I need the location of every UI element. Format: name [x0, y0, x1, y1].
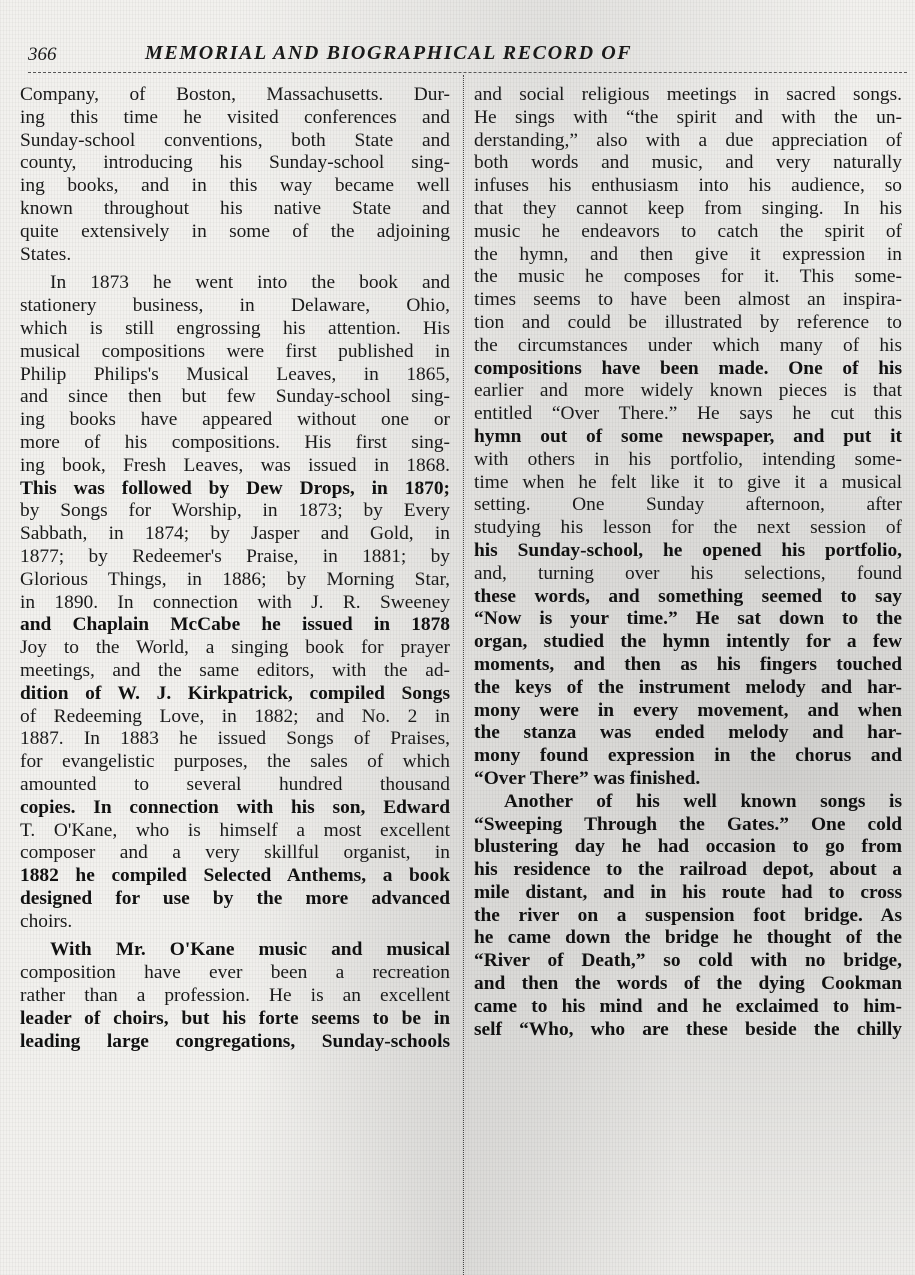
text-line: This was followed by Dew Drops, in 1870;	[20, 478, 450, 501]
text-line: ing books, and in this way became well	[20, 175, 450, 198]
page-number: 366	[28, 44, 57, 66]
text-line: the hymn, and then give it expression in	[474, 244, 902, 267]
text-line: With Mr. O'Kane music and musical	[20, 939, 450, 962]
text-line: blustering day he had occasion to go fro…	[474, 836, 902, 859]
text-line: the music he composes for it. This some-	[474, 266, 902, 289]
text-line: the keys of the instrument melody and ha…	[474, 677, 902, 700]
text-line: that they cannot keep from singing. In h…	[474, 198, 902, 221]
text-line: and since then but few Sunday-school sin…	[20, 386, 450, 409]
text-line: mony found expression in the chorus and	[474, 745, 902, 768]
text-line: time when he felt like it to give it a m…	[474, 472, 902, 495]
text-line: county, introducing his Sunday-school si…	[20, 152, 450, 175]
text-line: 1882 he compiled Selected Anthems, a boo…	[20, 865, 450, 888]
book-page: 366 MEMORIAL AND BIOGRAPHICAL RECORD OF …	[0, 0, 915, 1275]
text-line: entitled “Over There.” He says he cut th…	[474, 403, 902, 426]
text-line: for evangelistic purposes, the sales of …	[20, 751, 450, 774]
text-line: rather than a profession. He is an excel…	[20, 985, 450, 1008]
text-line: Company, of Boston, Massachusetts. Dur-	[20, 84, 450, 107]
text-line: his residence to the railroad depot, abo…	[474, 859, 902, 882]
text-line: his Sunday-school, he opened his portfol…	[474, 540, 902, 563]
text-line: ing this time he visited conferences and	[20, 107, 450, 130]
paragraph: and social religious meetings in sacred …	[474, 84, 902, 791]
text-line: Philip Philips's Musical Leaves, in 1865…	[20, 364, 450, 387]
text-line: Sabbath, in 1874; by Jasper and Gold, in	[20, 523, 450, 546]
left-column: Company, of Boston, Massachusetts. Dur- …	[20, 84, 450, 1053]
text-line: copies. In connection with his son, Edwa…	[20, 797, 450, 820]
text-line: the river on a suspension foot bridge. A…	[474, 905, 902, 928]
text-line: “Now is your time.” He sat down to the	[474, 608, 902, 631]
text-line: ing book, Fresh Leaves, was issued in 18…	[20, 455, 450, 478]
text-line: in 1890. In connection with J. R. Sweene…	[20, 592, 450, 615]
text-line: tion and could be illustrated by referen…	[474, 312, 902, 335]
text-line: stationery business, in Delaware, Ohio,	[20, 295, 450, 318]
text-line: setting. One Sunday afternoon, after	[474, 494, 902, 517]
text-line: meetings, and the same editors, with the…	[20, 660, 450, 683]
text-line: In 1873 he went into the book and	[20, 272, 450, 295]
text-line: Glorious Things, in 1886; by Morning Sta…	[20, 569, 450, 592]
text-line: choirs.	[20, 911, 450, 934]
text-line: music he endeavors to catch the spirit o…	[474, 221, 902, 244]
text-line: dition of W. J. Kirkpatrick, compiled So…	[20, 683, 450, 706]
text-line: composition have ever been a recreation	[20, 962, 450, 985]
text-line: “River of Death,” so cold with no bridge…	[474, 950, 902, 973]
text-line: composer and a very skillful organist, i…	[20, 842, 450, 865]
text-line: Another of his well known songs is	[474, 791, 902, 814]
text-line: leading large congregations, Sunday-scho…	[20, 1031, 450, 1054]
text-line: leader of choirs, but his forte seems to…	[20, 1008, 450, 1031]
text-line: came to his mind and he exclaimed to him…	[474, 996, 902, 1019]
paragraph: In 1873 he went into the book and statio…	[20, 272, 450, 933]
text-line: mony were in every movement, and when	[474, 700, 902, 723]
text-line: times seems to have been almost an inspi…	[474, 289, 902, 312]
header-rule	[28, 72, 907, 73]
text-line: he came down the bridge he thought of th…	[474, 927, 902, 950]
text-line: which is still engrossing his attention.…	[20, 318, 450, 341]
text-line: studying his lesson for the next session…	[474, 517, 902, 540]
text-line: He sings with “the spirit and with the u…	[474, 107, 902, 130]
text-line: known throughout his native State and	[20, 198, 450, 221]
paragraph: Another of his well known songs is “Swee…	[474, 791, 902, 1042]
text-line: earlier and more widely known pieces is …	[474, 380, 902, 403]
text-line: Sunday-school conventions, both State an…	[20, 130, 450, 153]
text-line: with others in his portfolio, intending …	[474, 449, 902, 472]
text-line: and Chaplain McCabe he issued in 1878	[20, 614, 450, 637]
text-line: the stanza was ended melody and har-	[474, 722, 902, 745]
text-line: T. O'Kane, who is himself a most excelle…	[20, 820, 450, 843]
right-column: and social religious meetings in sacred …	[474, 84, 902, 1041]
paragraph: Company, of Boston, Massachusetts. Dur- …	[20, 84, 450, 266]
text-line: States.	[20, 244, 450, 267]
text-line: self “Who, who are these beside the chil…	[474, 1019, 902, 1042]
text-line: mile distant, and in his route had to cr…	[474, 882, 902, 905]
text-line: 1887. In 1883 he issued Songs of Praises…	[20, 728, 450, 751]
text-line: moments, and then as his fingers touched	[474, 654, 902, 677]
text-line: organ, studied the hymn intently for a f…	[474, 631, 902, 654]
column-divider	[463, 75, 464, 1275]
running-title: MEMORIAL AND BIOGRAPHICAL RECORD OF	[145, 42, 632, 65]
paragraph: With Mr. O'Kane music and musical compos…	[20, 939, 450, 1053]
text-line: of Redeeming Love, in 1882; and No. 2 in	[20, 706, 450, 729]
text-line: compositions have been made. One of his	[474, 358, 902, 381]
text-line: “Over There” was finished.	[474, 768, 902, 791]
text-line: and then the words of the dying Cookman	[474, 973, 902, 996]
text-line: ing books have appeared without one or	[20, 409, 450, 432]
running-header: 366 MEMORIAL AND BIOGRAPHICAL RECORD OF	[28, 40, 895, 70]
text-line: “Sweeping Through the Gates.” One cold	[474, 814, 902, 837]
text-line: these words, and something seemed to say	[474, 586, 902, 609]
text-line: hymn out of some newspaper, and put it	[474, 426, 902, 449]
text-line: musical compositions were first publishe…	[20, 341, 450, 364]
text-line: the circumstances under which many of hi…	[474, 335, 902, 358]
text-line: by Songs for Worship, in 1873; by Every	[20, 500, 450, 523]
text-line: both words and music, and very naturally	[474, 152, 902, 175]
text-line: and social religious meetings in sacred …	[474, 84, 902, 107]
text-line: designed for use by the more advanced	[20, 888, 450, 911]
text-line: and, turning over his selections, found	[474, 563, 902, 586]
text-line: more of his compositions. His first sing…	[20, 432, 450, 455]
text-line: amounted to several hundred thousand	[20, 774, 450, 797]
text-line: quite extensively in some of the adjoini…	[20, 221, 450, 244]
text-line: derstanding,” also with a due appreciati…	[474, 130, 902, 153]
text-line: Joy to the World, a singing book for pra…	[20, 637, 450, 660]
text-line: 1877; by Redeemer's Praise, in 1881; by	[20, 546, 450, 569]
text-line: infuses his enthusiasm into his audience…	[474, 175, 902, 198]
